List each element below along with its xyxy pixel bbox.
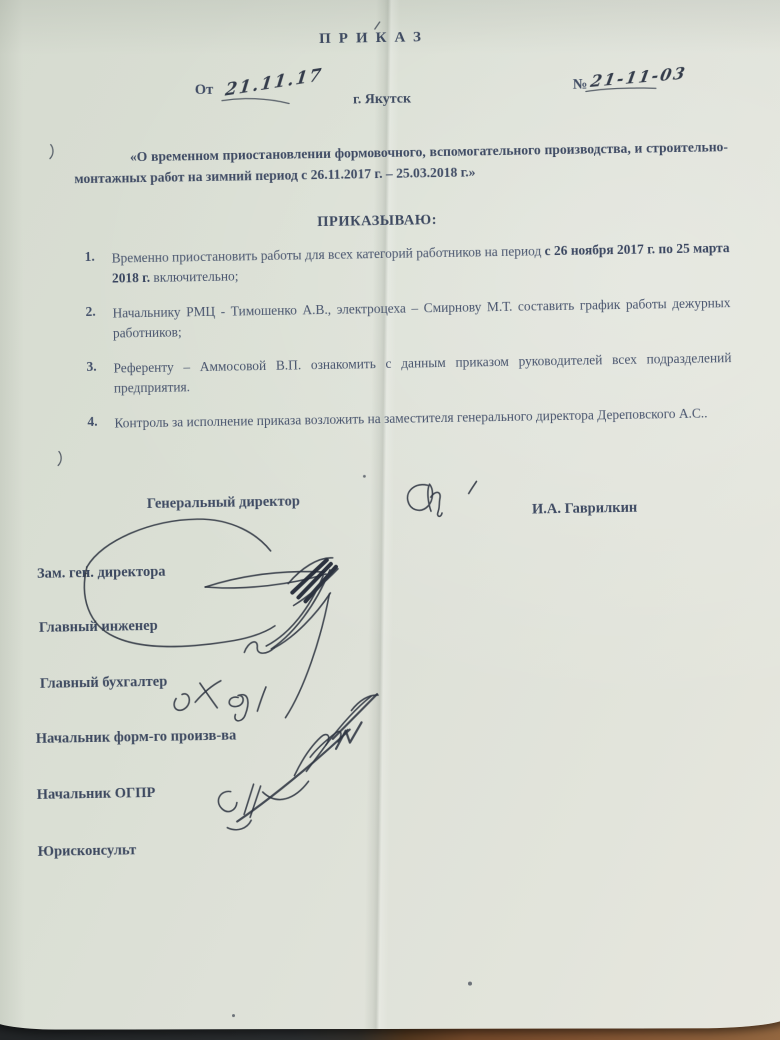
approval-legal-counsel: Юрисконсульт [38, 842, 137, 861]
signature-ogpr-head [217, 730, 351, 830]
approval-chief-engineer: Главный инженер [39, 618, 158, 637]
handwritten-number: 21-11-03 [589, 63, 688, 91]
item-text: Контроль за исполнение приказа возложить… [114, 403, 732, 433]
order-subject: «О временном приостановлении формовочног… [74, 136, 729, 189]
handwritten-date: 21.11.17 [224, 65, 324, 101]
item-number: 1. [85, 249, 113, 288]
approval-ogpr-head: Начальник ОГПР [37, 785, 156, 804]
item-number: 3. [86, 359, 114, 398]
item-text-pre: Контроль за исполнение приказа возложить… [114, 405, 707, 430]
order-item: 4. Контроль за исполнение приказа возлож… [87, 403, 732, 433]
item-number: 2. [85, 304, 113, 343]
number-label: № [573, 76, 588, 93]
signer-position: Генеральный директор [147, 493, 300, 513]
order-item: 2. Начальнику РМЦ - Тимошенко А.В., элек… [85, 293, 731, 343]
approval-chief-accountant: Главный бухгалтер [40, 674, 168, 693]
approval-molding-production-head: Начальник форм-го произв-ва [36, 728, 237, 748]
page-title: ПРИКАЗ [0, 23, 764, 53]
item-number: 4. [87, 414, 114, 434]
approval-deputy-director: Зам. ген. директора [37, 564, 166, 583]
item-text: Начальнику РМЦ - Тимошенко А.В., электро… [112, 293, 731, 342]
date-label: От [195, 82, 214, 99]
item-text: Временно приостановить работы для всех к… [112, 238, 731, 287]
signature-general-director [407, 481, 477, 516]
signer-name: И.А. Гаврилкин [532, 500, 638, 519]
city-label: г. Якутск [353, 91, 411, 108]
order-item: 1. Временно приостановить работы для все… [85, 238, 731, 288]
order-item: 3. Референту – Аммосовой В.П. ознакомить… [86, 348, 732, 398]
document-content: ПРИКАЗ От 21.11.17 г. Якутск № 21-11-03 … [0, 0, 780, 1039]
paper-document: ПРИКАЗ От 21.11.17 г. Якутск № 21-11-03 … [0, 0, 780, 1030]
item-text: Референту – Аммосовой В.П. ознакомить с … [113, 348, 732, 397]
item-text-post: включительно; [150, 268, 239, 284]
item-text-pre: Начальнику РМЦ - Тимошенко А.В., электро… [112, 295, 730, 340]
signature-chief-accountant [174, 680, 267, 722]
signature-chief-engineer [243, 593, 332, 718]
item-text-pre: Референту – Аммосовой В.П. ознакомить с … [113, 350, 731, 395]
order-heading: ПРИКАЗЫВАЮ: [0, 206, 767, 236]
signature-molding-production-head [293, 694, 379, 775]
photo-scene: ПРИКАЗ От 21.11.17 г. Якутск № 21-11-03 … [0, 0, 780, 1040]
order-items: 1. Временно приостановить работы для все… [85, 238, 733, 449]
item-text-pre: Временно приостановить работы для всех к… [112, 243, 545, 265]
